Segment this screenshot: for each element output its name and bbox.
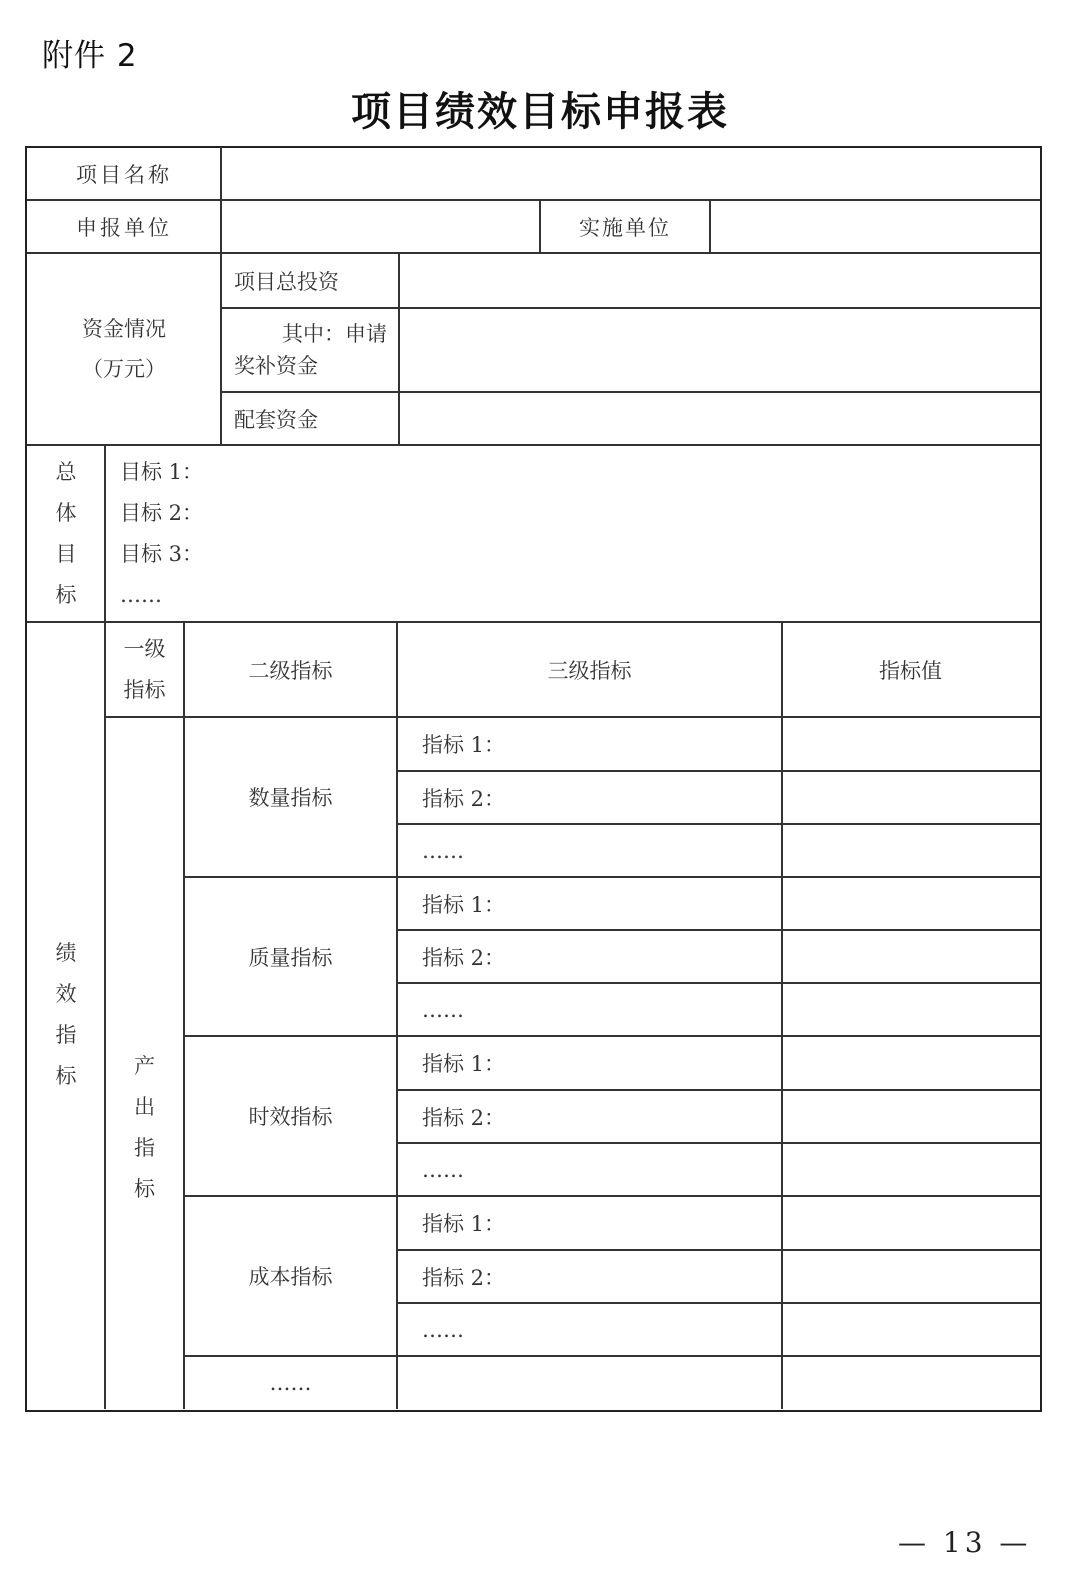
page-title: 项目绩效目标申报表 [0, 80, 1080, 137]
level3-item[interactable]: 指标 2： [398, 1251, 781, 1302]
implementing-unit-field[interactable] [711, 201, 1038, 252]
indicator-value-field[interactable] [783, 1304, 1038, 1355]
level3-item[interactable]: 指标 1： [398, 1037, 781, 1089]
subsidy-field[interactable] [400, 309, 1038, 391]
funding-label-unit: （万元） [82, 349, 166, 389]
goal-item: 目标 2： [120, 493, 203, 534]
indicator-value-field[interactable] [783, 825, 1038, 876]
goal-item: 目标 1： [120, 452, 203, 493]
label-char: 标 [56, 575, 77, 616]
label-char: 体 [56, 493, 77, 534]
indicator-value-field[interactable] [783, 1357, 1038, 1408]
subsidy-label-line1: 其中：申请 [234, 318, 387, 350]
level3-item[interactable]: 指标 2： [398, 1091, 781, 1142]
overall-goals-label: 总 体 目 标 [28, 446, 104, 621]
subsidy-label-line2: 奖补资金 [234, 350, 318, 382]
indicator-value-field[interactable] [783, 984, 1038, 1035]
level1-output-indicators: 产 出 指 标 [106, 718, 183, 1407]
label-char: 绩 [56, 933, 77, 974]
applicant-unit-label: 申报单位 [28, 201, 220, 252]
indicator-value-field[interactable] [783, 1251, 1038, 1302]
level3-item[interactable]: 指标 1： [398, 1197, 781, 1249]
level3-item[interactable]: …… [398, 825, 781, 876]
indicator-value-field[interactable] [783, 772, 1038, 823]
label-char: 指 [134, 1128, 155, 1169]
overall-goals-field[interactable]: 目标 1： 目标 2： 目标 3： …… [106, 446, 1038, 621]
header-text: 指标 [124, 670, 166, 711]
total-investment-label: 项目总投资 [222, 254, 398, 307]
header-level1: 一级 指标 [106, 623, 183, 716]
level2-quality: 质量指标 [185, 878, 396, 1035]
header-value: 指标值 [783, 623, 1038, 716]
indicator-value-field[interactable] [783, 1144, 1038, 1195]
total-investment-field[interactable] [400, 254, 1038, 307]
applicant-unit-field[interactable] [222, 201, 539, 252]
indicator-value-field[interactable] [783, 718, 1038, 770]
level3-item[interactable]: …… [398, 984, 781, 1035]
label-char: 目 [56, 534, 77, 575]
header-text: 一级 [124, 629, 166, 670]
indicator-value-field[interactable] [783, 1197, 1038, 1249]
level3-item[interactable]: 指标 2： [398, 772, 781, 823]
project-name-field[interactable] [222, 148, 1038, 199]
label-char: 标 [134, 1169, 155, 1210]
label-char: 总 [56, 452, 77, 493]
matching-funds-field[interactable] [400, 393, 1038, 444]
level2-timeliness: 时效指标 [185, 1037, 396, 1195]
level2-more: …… [185, 1357, 396, 1408]
level3-item[interactable]: 指标 1： [398, 878, 781, 929]
level3-item[interactable]: …… [398, 1304, 781, 1355]
level2-cost: 成本指标 [185, 1197, 396, 1355]
indicator-value-field[interactable] [783, 931, 1038, 982]
level3-item[interactable]: 指标 1： [398, 718, 781, 770]
attachment-label: 附件 2 [42, 30, 138, 75]
implementing-unit-label: 实施单位 [541, 201, 709, 252]
goal-item: …… [120, 575, 162, 616]
label-char: 指 [56, 1015, 77, 1056]
header-level3: 三级指标 [398, 623, 781, 716]
label-char: 出 [134, 1087, 155, 1128]
indicator-value-field[interactable] [783, 878, 1038, 929]
indicator-value-field[interactable] [783, 1091, 1038, 1142]
indicator-value-field[interactable] [783, 1037, 1038, 1089]
level3-more-field[interactable] [398, 1357, 781, 1408]
page-number: — 13 — [898, 1526, 1031, 1559]
subsidy-label: 其中：申请 奖补资金 [222, 309, 398, 391]
matching-funds-label: 配套资金 [222, 393, 398, 444]
funding-label-line1: 资金情况 [82, 309, 166, 349]
level3-item[interactable]: 指标 2： [398, 931, 781, 982]
level3-item[interactable]: …… [398, 1144, 781, 1195]
funding-label: 资金情况 （万元） [28, 254, 220, 444]
project-name-label: 项目名称 [28, 148, 220, 199]
level2-quantity: 数量指标 [185, 718, 396, 876]
performance-indicators-label: 绩 效 指 标 [28, 623, 104, 1407]
label-char: 标 [56, 1056, 77, 1097]
label-char: 产 [134, 1046, 155, 1087]
label-char: 效 [56, 974, 77, 1015]
header-level2: 二级指标 [185, 623, 396, 716]
goal-item: 目标 3： [120, 534, 203, 575]
